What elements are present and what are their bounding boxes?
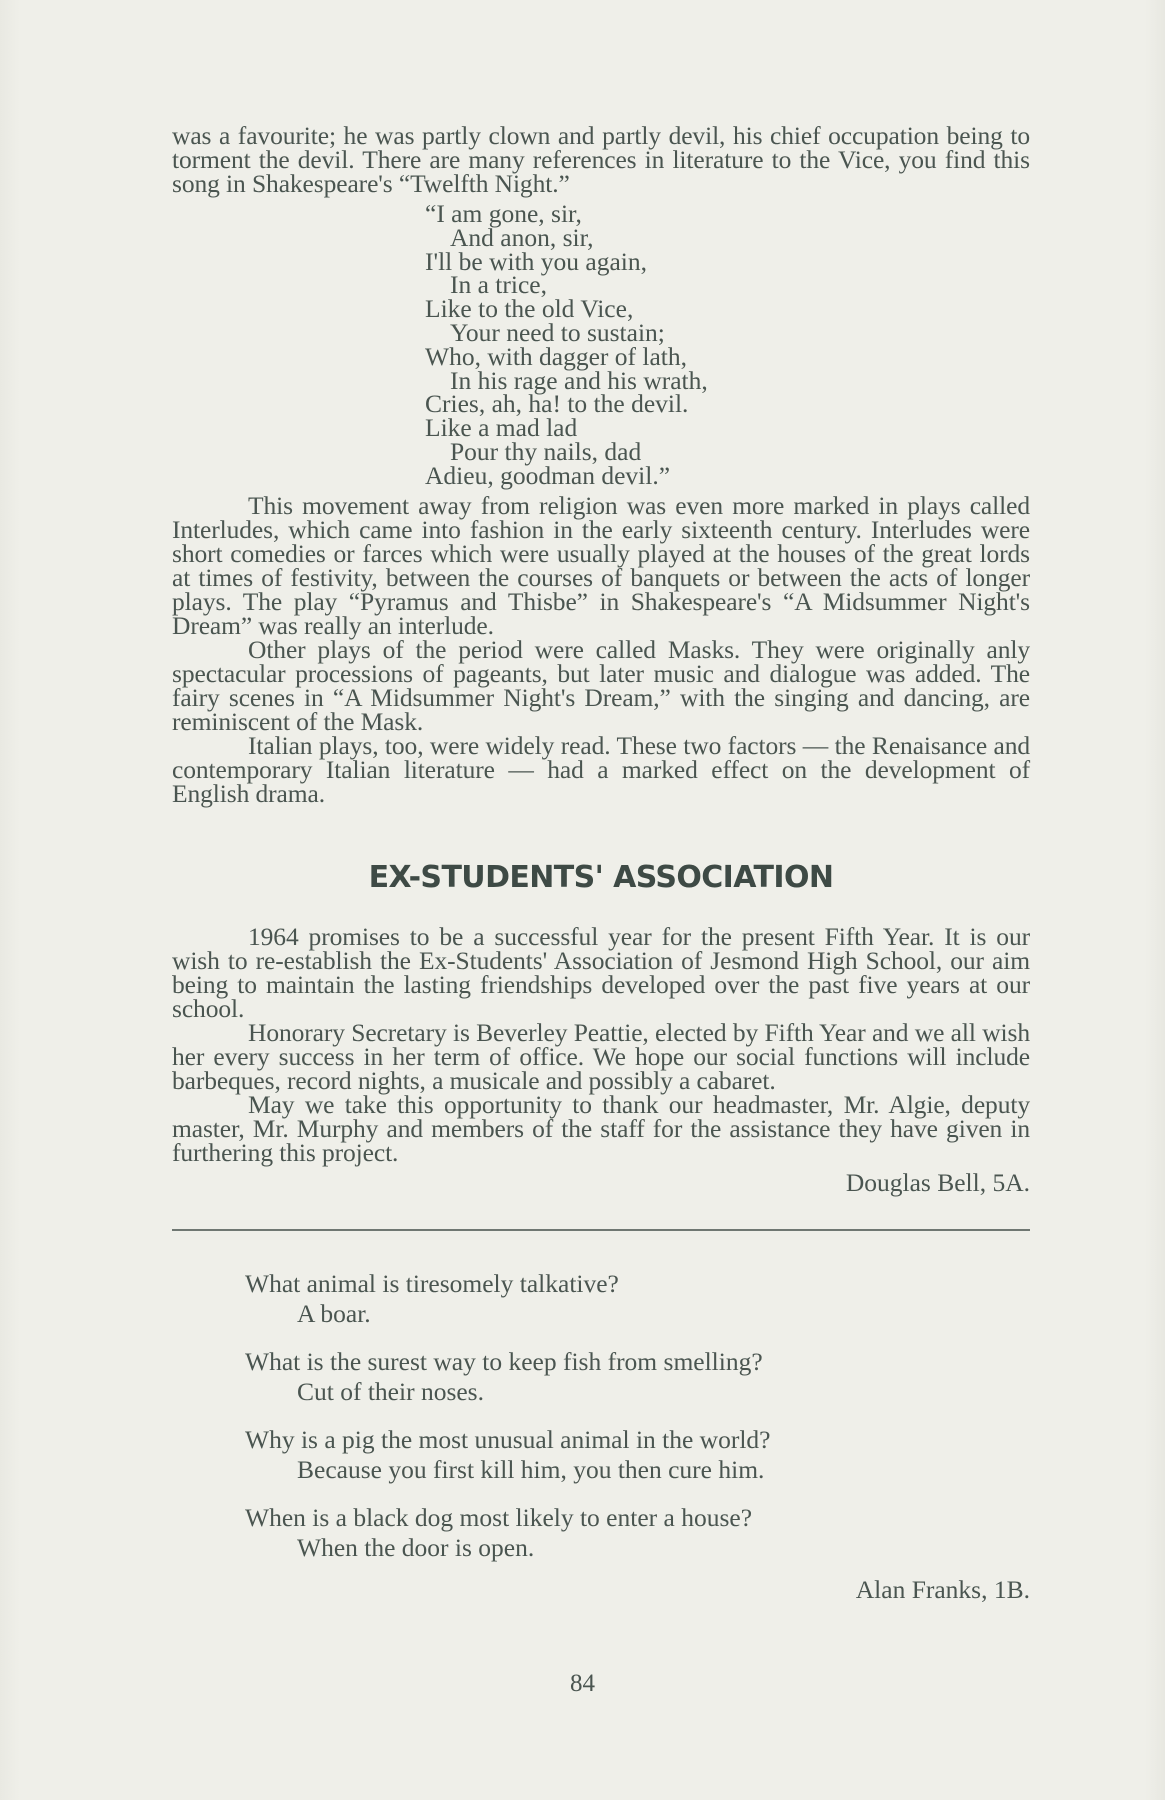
- riddle-item: When is a black dog most likely to enter…: [245, 1503, 1030, 1563]
- riddle-question: What is the surest way to keep fish from…: [245, 1347, 1030, 1377]
- riddle-answer: Because you first kill him, you then cur…: [245, 1455, 1030, 1485]
- ex-students-paragraph: 1964 promises to be a successful year fo…: [172, 925, 1030, 1021]
- riddle-question: Why is a pig the most unusual animal in …: [245, 1425, 1030, 1455]
- poem-line: Adieu, goodman devil.”: [425, 464, 1030, 488]
- intro-paragraph: was a favourite; he was partly clown and…: [172, 124, 1030, 196]
- page-number: 84: [0, 1670, 1165, 1698]
- magazine-page: was a favourite; he was partly clown and…: [0, 0, 1165, 1800]
- riddle-item: Why is a pig the most unusual animal in …: [245, 1425, 1030, 1485]
- interludes-paragraph: This movement away from religion was eve…: [172, 494, 1030, 638]
- riddles-signature: Alan Franks, 1B.: [172, 1575, 1030, 1605]
- horizontal-divider: [172, 1229, 1030, 1231]
- riddle-answer: A boar.: [245, 1299, 1030, 1329]
- masks-paragraph: Other plays of the period were called Ma…: [172, 638, 1030, 734]
- riddle-question: What animal is tiresomely talkative?: [245, 1269, 1030, 1299]
- riddle-item: What is the surest way to keep fish from…: [245, 1347, 1030, 1407]
- poem-line: Who, with dagger of lath,: [425, 345, 1030, 369]
- ex-students-paragraph: May we take this opportunity to thank ou…: [172, 1093, 1030, 1165]
- ex-students-paragraph: Honorary Secretary is Beverley Peattie, …: [172, 1021, 1030, 1093]
- italian-plays-paragraph: Italian plays, too, were widely read. Th…: [172, 734, 1030, 806]
- text-column: was a favourite; he was partly clown and…: [172, 124, 1030, 1630]
- riddles-section: What animal is tiresomely talkative? A b…: [245, 1269, 1030, 1563]
- riddle-answer: When the door is open.: [245, 1533, 1030, 1563]
- riddle-question: When is a black dog most likely to enter…: [245, 1503, 1030, 1533]
- riddle-answer: Cut of their noses.: [245, 1377, 1030, 1407]
- riddle-item: What animal is tiresomely talkative? A b…: [245, 1269, 1030, 1329]
- poem-quote: “I am gone, sir, And anon, sir, I'll be …: [425, 202, 1030, 488]
- author-signature: Douglas Bell, 5A.: [172, 1171, 1030, 1195]
- section-heading: EX-STUDENTS' ASSOCIATION: [172, 860, 1030, 895]
